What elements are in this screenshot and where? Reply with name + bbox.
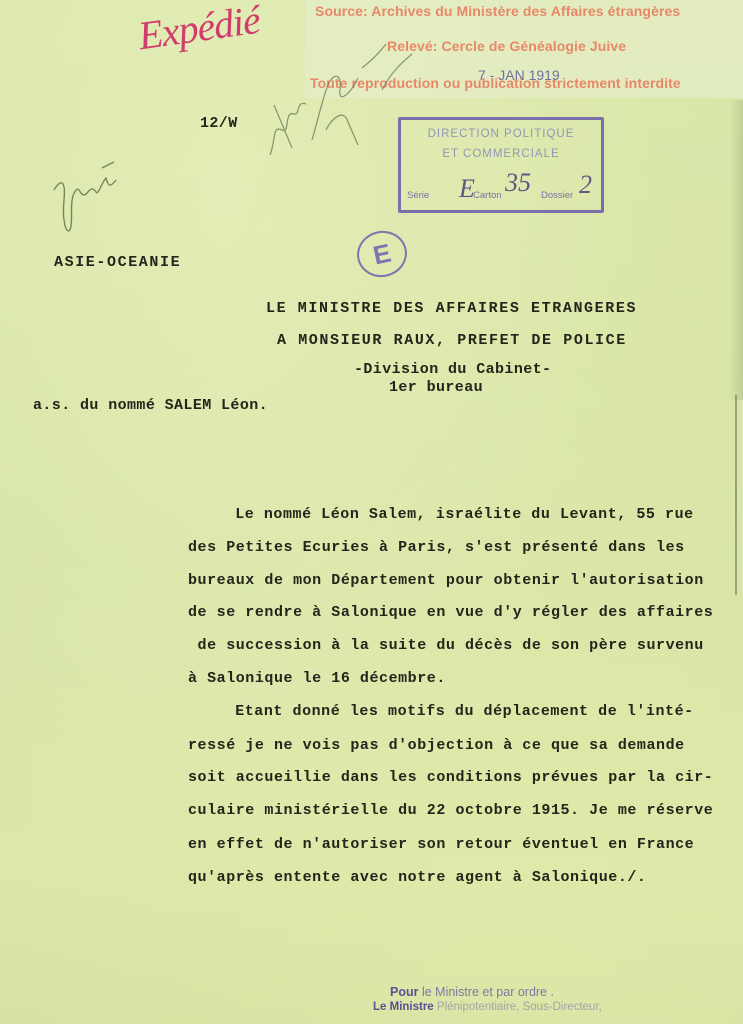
body-line: à Salonique le 16 décembre. <box>188 670 446 687</box>
page-edge-shadow <box>729 100 743 400</box>
recipient-title: A MONSIEUR RAUX, PREFET DE POLICE <box>277 332 627 349</box>
serie-value: E <box>459 174 475 204</box>
direction-stamp-line1: DIRECTION POLITIQUE <box>401 128 601 140</box>
body-line: ressé je ne vois pas d'objection à ce qu… <box>188 737 685 754</box>
body-line: en effet de n'autoriser son retour évent… <box>188 836 694 853</box>
carton-label: Carton <box>473 190 502 201</box>
signature-line-1-rest: le Ministre et par ordre . <box>418 985 553 999</box>
sender-title: LE MINISTRE DES AFFAIRES ETRANGERES <box>266 300 637 317</box>
body-line: de succession à la suite du décès de son… <box>188 637 704 654</box>
body-line: bureaux de mon Département pour obtenir … <box>188 572 704 589</box>
page-edge-line <box>735 395 737 595</box>
division-line: -Division du Cabinet- <box>354 361 551 378</box>
signature-line-1: Pour le Ministre et par ordre . <box>390 985 554 999</box>
body-line: Etant donné les motifs du déplacement de… <box>197 703 694 720</box>
expedie-stamp: Expédié <box>135 0 262 59</box>
signature-line-2: Le Ministre Plénipotentiaire, Sous-Direc… <box>373 1001 602 1013</box>
body-line: culaire ministérielle du 22 octobre 1915… <box>188 802 713 819</box>
body-line: Le nommé Léon Salem, israélite du Levant… <box>197 506 694 523</box>
body-line: soit accueillie dans les conditions prév… <box>188 769 713 786</box>
carton-value: 35 <box>505 168 531 198</box>
handwritten-initials <box>50 160 125 240</box>
body-line: des Petites Ecuries à Paris, s'est prése… <box>188 539 685 556</box>
serie-label: Série <box>407 190 429 201</box>
direction-stamp: DIRECTION POLITIQUE ET COMMERCIALE Série… <box>398 117 604 213</box>
body-line: qu'après entente avec notre agent à Salo… <box>188 869 646 886</box>
signature-line-2-rest: Plénipotentiaire, Sous-Directeur, <box>434 1001 602 1013</box>
body-line: de se rendre à Salonique en vue d'y régl… <box>188 604 713 621</box>
e-circle-stamp: E <box>353 226 411 281</box>
region-label: ASIE-OCEANIE <box>54 254 181 271</box>
watermark-source: Source: Archives du Ministère des Affair… <box>315 3 680 19</box>
bureau-line: 1er bureau <box>389 379 483 396</box>
dossier-label: Dossier <box>541 190 573 201</box>
subject-line: a.s. du nommé SALEM Léon. <box>33 397 268 414</box>
dossier-value: 2 <box>579 170 592 200</box>
e-letter: E <box>370 237 393 271</box>
direction-stamp-line2: ET COMMERCIALE <box>401 148 601 160</box>
date-stamp: 7 - JAN 1919 <box>478 67 560 83</box>
signature-line-2-bold: Le Ministre <box>373 1001 434 1013</box>
reference-number: 12/W <box>200 115 238 132</box>
signature-line-1-bold: Pour <box>390 985 418 999</box>
